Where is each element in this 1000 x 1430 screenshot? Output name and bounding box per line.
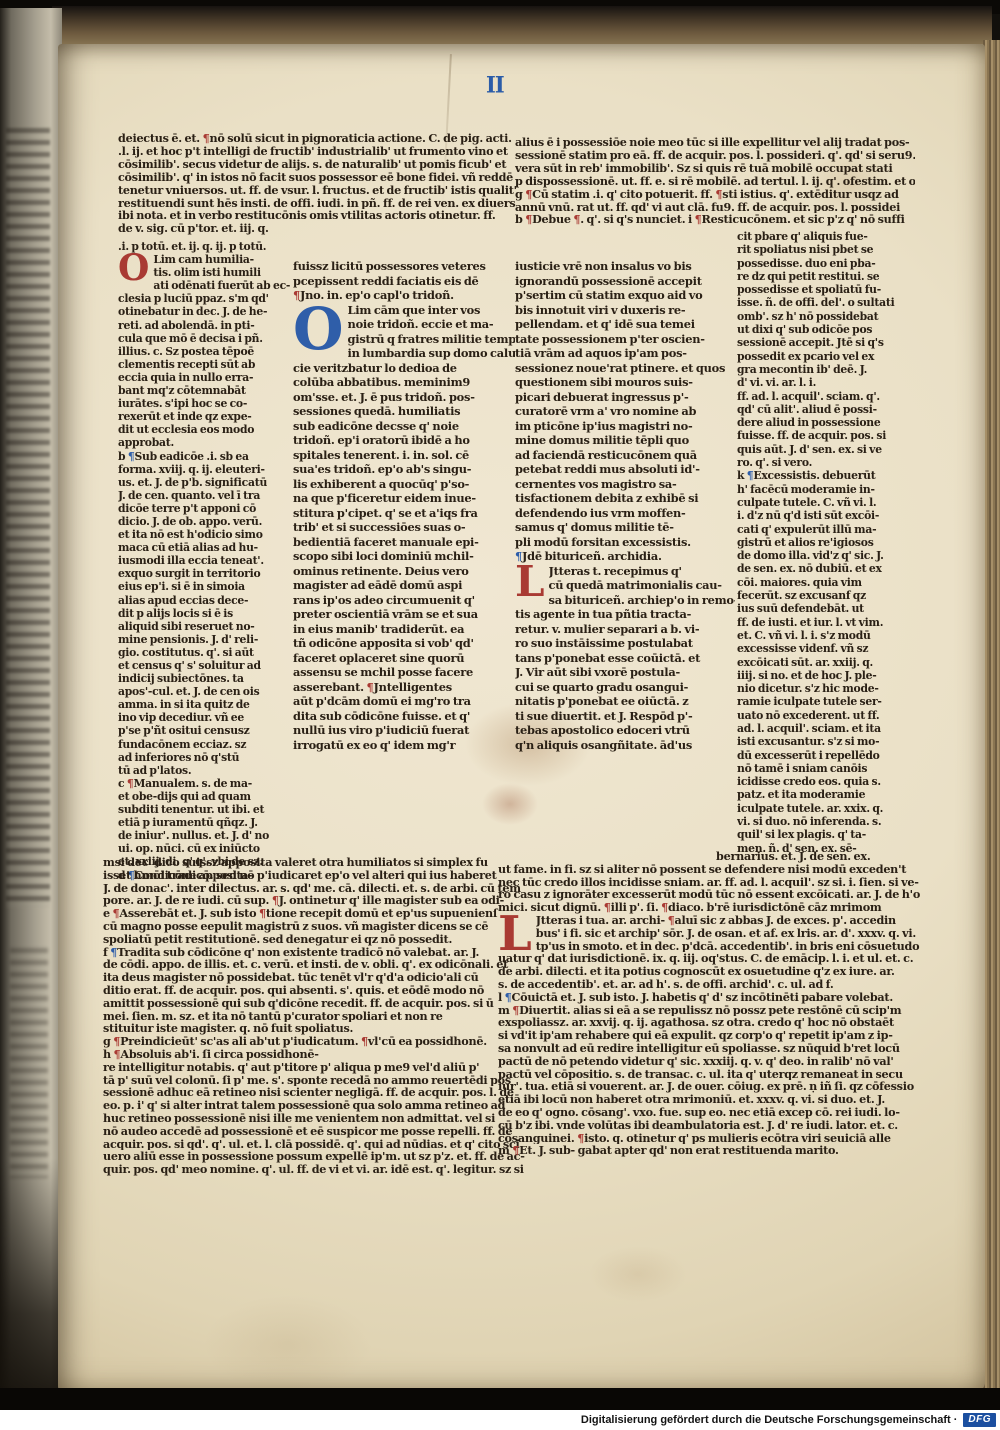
text-line: ad faciendā resticucōnem quā (515, 448, 735, 463)
text-line: sa bituriceñ. archiep'o in remo- (549, 593, 735, 608)
text-line: alias apud eccias dece- (118, 594, 294, 607)
text-line: stitura p'cipet. q' se et a'iqs fra (293, 506, 515, 521)
text-line: indicij subiectōnes. ta (118, 672, 294, 685)
hanging-line: bernarius. et. J. de sen. ex. (716, 850, 922, 863)
text-line: tiā vrām ad aquos ip'am pos- (515, 346, 735, 361)
text-line: cernentes vos magistro sa- (515, 477, 735, 492)
text-line: e ¶Asserebāt et. J. sub isto ¶tione rece… (103, 907, 527, 920)
text-line: isti excusantur. s'z si mo- (737, 735, 909, 748)
text-line: cit pbare q' aliquis fue- (737, 230, 909, 243)
text-line: nec tūc credo illos incidisse sniam. ar.… (498, 876, 922, 889)
text-line: icidisse credo eos. quia s. (737, 775, 909, 788)
text-line: m ¶Et. J. sub- gabat apter qd' non erat … (498, 1144, 922, 1157)
text-line: ad inferiores nō q'stū (118, 751, 294, 764)
text-line: defendendo ius vrm moffen- (515, 506, 735, 521)
text-line: h' facēcū moderamie in- (737, 483, 909, 496)
text-line: ditio erat. ff. de acquir. pos. qui abse… (103, 984, 527, 997)
text-line: iusticie vrē non insalus vo bis (515, 259, 735, 274)
text-line: g ¶Preindicieūt' sc'as ali ab'ut p'iudic… (103, 1035, 527, 1048)
text-line: bant mq'z cōtemnabāt (118, 384, 294, 397)
text-block-top-right: alius ē i possessiōe noie meo tūc si ill… (515, 136, 915, 234)
text-line: tā p' suū vel colonū. ſi p' me. s'. spon… (103, 1074, 527, 1087)
text-line: magister ad eādē domū aspi (293, 578, 515, 593)
text-column-2: fuissz licitū possessores veterespcepiss… (293, 259, 515, 899)
text-line: dit ut ecclesia eos modo (118, 423, 294, 436)
text-line: tis. olim isti humili (153, 266, 294, 279)
text-line: omb'. sz h' nō possidebat (737, 310, 909, 323)
text-line: ro casu z ignorāter excesserūt modū tūc … (498, 888, 922, 901)
text-line: om'sse. et. J. ē pus tridoñ. pos- (293, 390, 515, 405)
text-line: Lim cam humilia- (153, 253, 294, 266)
text-line: picari debuerat ingressus p'- (515, 390, 735, 405)
text-line: irrogatū ex eo q' idem mg'r (293, 738, 515, 753)
text-line: possedisse. duo eni pba- (737, 257, 909, 270)
text-line: ff. de iusti. et iur. l. vt vim. (737, 616, 909, 629)
text-line: cōi. maiores. quia vim (737, 576, 909, 589)
text-line: exspoliassz. ar. xxvij. q. ij. agathosa.… (498, 1016, 922, 1029)
text-line: tans p'ponebat esse coūictā. et (515, 651, 735, 666)
text-line: sub eadicōne decsse q' noie (293, 419, 515, 434)
text-line: nio dicetur. s'z hic mode- (737, 682, 909, 695)
text-line: bis innotuit viri v duxeris re- (515, 303, 735, 318)
text-line: tisfactionem debita z exhibē si (515, 491, 735, 506)
text-line: spoliatū petit restitutionē. sed denegat… (103, 933, 527, 946)
folio-number: II (486, 71, 504, 97)
column-paragraph: O Lim cam humilia-tis. olim isti humilia… (118, 253, 294, 882)
text-line: fuissz licitū possessores veteres (293, 259, 515, 274)
text-line: .l. ij. et hoc p't intelligi de fructib'… (118, 145, 516, 158)
text-line: isset hmōi tradicō. sed nō p'iudicaret e… (103, 869, 527, 882)
text-line: uero aliū esse in possessione possum exp… (103, 1150, 527, 1163)
text-line: quis aūt. J. d' sen. ex. si ve (737, 443, 909, 456)
text-line: excōicati sūt. ar. xxiij. q. (737, 656, 909, 669)
text-line: lis exhiberent a quocūq' p'so- (293, 477, 515, 492)
text-line: sessiones quedā. humiliatis (293, 404, 515, 419)
text-line: gistrū q fratres militie templi (348, 332, 515, 347)
text-line: scopo sibi loci dominiū mchil- (293, 549, 515, 564)
text-line: qd' cū alit'. aliud ē possi- (737, 403, 909, 416)
text-line: sa nonvult ad eū redire intelligitur eū … (498, 1042, 922, 1055)
text-line: subditi tenentur. ut ibi. et (118, 803, 294, 816)
text-line: mici. sicut dignū. ¶illi p'. ſi. ¶diaco.… (498, 901, 922, 914)
text-line: fuisse. ff. de acquir. pos. si (737, 429, 909, 442)
text-line: gra mecontin ib' deē. J. (737, 363, 909, 376)
text-line: trib' et si successiōes suas o- (293, 520, 515, 535)
text-line: de eo q' ogno. cōsang'. vxo. fue. sup eo… (498, 1106, 922, 1119)
text-line: g ¶Cū statim .i. q' cito potuerit. ff. ¶… (515, 188, 915, 201)
text-line: restituendi sunt hēs insti. de offi. iud… (118, 197, 516, 210)
text-line: s. de accedentib'. et. ar. ad h'. s. de … (498, 978, 922, 991)
text-line: cati q' expulerūt illū ma- (737, 523, 909, 536)
dfg-logo: DFG (963, 1413, 996, 1427)
text-column-1: .i. p totū. et. ij. q. ij. p totū. O Lim… (118, 240, 294, 900)
text-line: ita deus magister nō possidebat. tūc ten… (103, 971, 527, 984)
facing-page-text-blur (10, 948, 48, 1178)
text-line: .i. p totū. et. ij. q. ij. p totū. (118, 240, 294, 253)
text-line: ino vip decediur. vñ ee (118, 711, 294, 724)
text-line: Jtteras t. recepimus q' (549, 564, 735, 579)
text-line: msi dec' dico suissz apposita valeret ot… (103, 856, 527, 869)
text-line: etiā ibi locū non haberet otra mrimoniū.… (498, 1093, 922, 1106)
text-line: assensu se mchil posse facere (293, 665, 515, 680)
text-line: de v. sig. cū p'tor. et. iij. q. (118, 222, 516, 235)
text-line: d' vi. vi. ar. l. i. (737, 376, 909, 389)
text-line: sessionez noue'rat ptinere. et quos (515, 361, 735, 376)
text-line: quir. pos. qd' meo nomine. q'. ul. ff. d… (103, 1163, 527, 1176)
column-head: .i. p totū. et. ij. q. ij. p totū. (118, 240, 294, 253)
digitization-footer: Digitalisierung gefördert durch die Deut… (0, 1410, 1000, 1430)
text-block-top-left: deiectus ē. et. ¶nō solū sicut in pignor… (118, 132, 516, 240)
text-line: i. d'z nū q'd isti sūt excōi- (737, 509, 909, 522)
text-line: im pticōne ip'ius magistri no- (515, 419, 735, 434)
text-line: tenetur vniuersos. ut. ff. de vsur. l. f… (118, 184, 516, 197)
text-line: sessionē accepit. Jtē si q's (737, 336, 909, 349)
text-line: pcepissent reddi faciatis eis dē (293, 274, 515, 289)
text-line: ati odēnati fuerūt ab ec- (153, 279, 294, 292)
text-line: samus q' domus militie tē- (515, 520, 735, 535)
text-line: reti. ad abolendā. in pti- (118, 319, 294, 332)
text-line: c ¶Manualem. s. de ma- (118, 777, 294, 790)
text-line: deiectus ē. et. ¶nō solū sicut in pignor… (118, 132, 516, 145)
text-block-bottom-left: msi dec' dico suissz apposita valeret ot… (103, 856, 527, 1186)
text-line: apos'-cul. et. J. de cen ois (118, 685, 294, 698)
text-line: etiā p iuramentū qñqz. J. (118, 816, 294, 829)
gutter-shadow (0, 1158, 62, 1418)
text-line: ro. q'. si vero. (737, 456, 909, 469)
text-line: mei. ſien. m. sz. et ita nō tantū p'cura… (103, 1010, 527, 1023)
text-line: dū excesserūt i repellēdo (737, 749, 909, 762)
text-line: de iniur'. nullus. et. J. d' no (118, 829, 294, 842)
text-line: b ¶Sub eadicōe .i. sb ea (118, 450, 294, 463)
text-line: tis agente in tua pñtia tracta- (515, 607, 735, 622)
text-line: p'sertim cū statim exquo aid vo (515, 288, 735, 303)
text-line: in eius manib' tradiderūt. ea (293, 622, 515, 637)
text-line: ignorandū possessionē accepit (515, 274, 735, 289)
text-line: rans ip'os adeo circumuenit q' (293, 593, 515, 608)
text-line: cū quedā matrimonialis cau- (549, 578, 735, 593)
text-line: nō audeo accedē ad possessionē et eē sus… (103, 1125, 527, 1138)
text-line: nitatis p'ponebat ee oiūctā. z (515, 694, 735, 709)
text-line: vera sūt in reb' immobilib'. Sz si quis … (515, 162, 915, 175)
text-line: culpate tutele. C. vñ vi. l. (737, 496, 909, 509)
text-line: ius suū defendebāt. ut (737, 602, 909, 615)
text-line: isse. ñ. de offi. del'. o sultati (737, 296, 909, 309)
text-line: dere aliud in possessione (737, 416, 909, 429)
text-line: na que p'ficeretur eidem inue- (293, 491, 515, 506)
text-line: f ¶Tradita sub cōdicōne q' non existente… (103, 946, 527, 959)
text-line: fundacōnem ecciaz. sz (118, 738, 294, 751)
text-line: iiij. si no. et de hoc J. ple- (737, 669, 909, 682)
text-line: sessionē adhuc eā retineo nisi scienter … (103, 1086, 527, 1099)
text-line: de arbi. dilecti. et ita potius cognoscū… (498, 965, 922, 978)
text-line: iurātes. s'ipi hoc se co- (118, 397, 294, 410)
text-line: pore. ar. J. de re iudi. cū sup. ¶J. ont… (103, 894, 527, 907)
scan-bottom-border (0, 1388, 1000, 1410)
lombard-initial-O-red: O (118, 254, 149, 280)
text-line: alius ē i possessiōe noie meo tūc si ill… (515, 136, 915, 149)
column-paragraph: O Lim cām que inter vosnoie tridoñ. ecci… (293, 303, 515, 753)
text-line: l ¶Cōuictā et. J. sub isto. J. habetis q… (498, 991, 922, 1004)
text-line: illius. c. Sz postea tēpoē (118, 345, 294, 358)
text-line: uato nō excederent. ut ff. (737, 709, 909, 722)
text-line: amittit possessionē qui sub q'dicōne rec… (103, 997, 527, 1010)
text-line: si vd'it ip'am rehabere qui eā expulit. … (498, 1029, 922, 1042)
text-line: et ita nō est h'odicio simo (118, 528, 294, 541)
text-line: J. de donac'. inter dilectus. ar. s. qd'… (103, 882, 527, 895)
text-line: otinebatur in dec. J. de he- (118, 305, 294, 318)
text-line: de cōdi. appo. de illis. et. c. verū. et… (103, 958, 527, 971)
text-line: ibi nota. et in verbo restitucōnis omis … (118, 209, 516, 222)
text-line: mine pensionis. J. d' reli- (118, 633, 294, 646)
text-line: ui. op. nūci. cū ex iniūcto (118, 842, 294, 855)
text-line: exquo surgit in territorio (118, 567, 294, 580)
text-line: questionem sibi mouros suis- (515, 375, 735, 390)
text-line: tate possessionem p'ter oscien- (515, 332, 735, 347)
text-line: cula que mō ē decisa i pñ. (118, 332, 294, 345)
text-line: cū magno posse eepulit magistrū z suos. … (103, 920, 527, 933)
column-head: fuissz licitū possessores veterespcepiss… (293, 259, 515, 303)
text-line: pellendam. et q' idē sua temei (515, 317, 735, 332)
text-line: cōsimilib'. q' in istos nō facit suos po… (118, 171, 516, 184)
text-line: q'n aliquis osangñitate. ād'us (515, 738, 735, 753)
text-line: tū ad p'latos. (118, 764, 294, 777)
text-line: amma. in si ita quitz de (118, 698, 294, 711)
text-line: in lumbardia sup domo caluē- (348, 346, 515, 361)
text-line: bedientiā faceret manuale epi- (293, 535, 515, 550)
column-paragraph: L Jtteras t. recepimus q'cū quedā matrim… (515, 564, 735, 753)
text-line: et. C. vñ vi. l. i. s'z modū (737, 629, 909, 642)
text-line: huc retineo possessionē nisi ille me ven… (103, 1112, 527, 1125)
text-line: dit p alijs locis si ē is (118, 607, 294, 620)
text-line: Lim cām que inter vos (348, 303, 515, 318)
text-line: cui se quarto gradu osangui- (515, 680, 735, 695)
text-line: ad. l. acquil'. sciam. et ita (737, 722, 909, 735)
text-line: b ¶Debue ¶. q'. si q's nunciet. i ¶Resti… (515, 213, 915, 226)
text-line: m ¶Diuertit. alias si eā a se repulissz … (498, 1004, 922, 1017)
text-line: sessionē statim pro eā. ff. de acquir. p… (515, 149, 915, 162)
text-line: re intelligitur notabis. q' aut p'titore… (103, 1061, 527, 1074)
facing-page-text-blur (6, 128, 50, 908)
text-line: bus' i fi. sic et archip' sōr. J. de osa… (536, 927, 922, 940)
text-line: ff. ad. l. acquil'. sciam. q'. (737, 390, 909, 403)
text-line: us. et. J. de p'b. significatū (118, 476, 294, 489)
manuscript-page: II deiectus ē. et. ¶nō solū sicut in pig… (58, 44, 985, 1392)
facing-page-gutter (0, 8, 62, 1400)
text-line: de sen. ex. nō dubiū. et ex (737, 562, 909, 575)
text-line: approbat. (118, 436, 294, 449)
text-line: tridoñ. ep'i oratorū ibidē a ho (293, 433, 515, 448)
text-line: tñ odicōne apposita si vob' qd' (293, 636, 515, 651)
text-line: ramie iculpate tutele ser- (737, 695, 909, 708)
text-line: clesia p luciū ppaz. s'm qd' (118, 292, 294, 305)
text-line: dicōe terre p't apponi cō (118, 502, 294, 515)
text-line: preter oscientiā vrām se et sua (293, 607, 515, 622)
text-line: pli modū forsitan excessistis. (515, 535, 735, 550)
text-line: iusmodi illa eccia teneat'. (118, 554, 294, 567)
text-line: J. Vir aūt sibi vxorē postula- (515, 665, 735, 680)
text-line: J. de cen. quanto. vel ī tra (118, 489, 294, 502)
text-line: et census q' s' soluitur ad (118, 659, 294, 672)
text-line: cie veritzbatur lo dedioa de (293, 361, 515, 376)
text-line: colūba abbatibus. meminim9 (293, 375, 515, 390)
lombard-initial-L-red: L (498, 915, 532, 942)
text-line: cōsanguinei. ¶isto. q. otinetur q' ps mu… (498, 1132, 922, 1145)
text-line: tp'us in smoto. et in dec. p'dcā. accede… (536, 940, 922, 953)
text-line: gio. costitutus. q'. si aūt (118, 646, 294, 659)
text-line: forma. xviij. q. ij. eleuteri- (118, 463, 294, 476)
text-line: rit spoliatus nisi pbet se (737, 243, 909, 256)
text-line: ro suo instāissime postulabat (515, 636, 735, 651)
text-line: vi. si duo. nō inferenda. s. (737, 815, 909, 828)
text-line: pactū vel cōpositio. s. de transac. c. u… (498, 1068, 922, 1081)
text-line: rexerūt et inde qz expe- (118, 410, 294, 423)
text-line: k ¶Excessistis. debuerūt (737, 469, 909, 482)
text-line: dita sub cōdicōne fuisse. et q' (293, 709, 515, 724)
text-column-4: cit pbare q' aliquis fue-rit spoliatus n… (737, 230, 909, 898)
text-line: Jtteras i tua. ar. archi- ¶aluī sic z ab… (536, 914, 922, 927)
text-line: petebat reddi mus absoluti id'- (515, 462, 735, 477)
text-line: ut dixi q' sub odicōe pos (737, 323, 909, 336)
text-line: ominus retinente. Deius vero (293, 564, 515, 579)
text-line: cū b'z ibi. vnde volūtas ibi deambulator… (498, 1119, 922, 1132)
text-line: ut fame. in fi. sz si aliter nō possent … (498, 863, 922, 876)
text-line: dicio. J. de ob. appo. verū. (118, 515, 294, 528)
text-line: eo. p. i' q' si alter intrat talem posse… (103, 1099, 527, 1112)
text-line: ti sue diuertit. et J. Respōd p'- (515, 709, 735, 724)
text-line: p dispossessionē. ut. ff. e. si rē mobil… (515, 175, 915, 188)
text-line: uatur q' dat iurisdictionē. ix. q. iij. … (498, 952, 922, 965)
text-line: gistrū et alios re'igiosos (737, 536, 909, 549)
text-line: maca cū etiā alias ad hu- (118, 541, 294, 554)
text-line: clementis recepti sūt ab (118, 358, 294, 371)
footer-credit-text: Digitalisierung gefördert durch die Deut… (581, 1414, 958, 1426)
text-line: aliquid sibi reseruet no- (118, 620, 294, 633)
text-line: nō tamē i sniam canōis (737, 762, 909, 775)
text-line: aūt p'dcām domū ei mg'ro tra (293, 694, 515, 709)
text-line: iculpate tutele. ar. xxix. q. (737, 802, 909, 815)
text-line: possedisse et spoliatū fu- (737, 283, 909, 296)
text-line: possedit ex pcario vel ex (737, 350, 909, 363)
text-line: eccia quia in nullo erra- (118, 371, 294, 384)
text-line: et obe-dijs qui ad quam (118, 790, 294, 803)
text-line: spitales tenerent. i. in. sol. cē (293, 448, 515, 463)
text-line: sua'es tridoñ. ep'o ab's singu- (293, 462, 515, 477)
rubric-line: ¶Jdē bituriceñ. archidia. (515, 549, 735, 564)
text-line: annū vnū. rat ut. ff. qd' vi aut clā. fu… (515, 201, 915, 214)
text-line: noie tridoñ. eccie et ma- (348, 317, 515, 332)
text-line: curatorē vrm a' vro nomine ab (515, 404, 735, 419)
text-column-3: iusticie vrē non insalus vo bisignorandū… (515, 259, 735, 899)
text-line: faceret oplaceret sine quorū (293, 651, 515, 666)
text-line: patz. et ita moderamie (737, 788, 909, 801)
text-line: asserebant. ¶Jntelligentes (293, 680, 515, 695)
text-line: h ¶Absoluis ab'i. ſi circa possidhonē- (103, 1048, 527, 1061)
text-line: retur. v. mulier separari a b. vi- (515, 622, 735, 637)
text-line: tebas apostolico edoceri vtrū (515, 723, 735, 738)
text-block-bottom-right: bernarius. et. J. de sen. ex. ut fame. i… (498, 850, 922, 1185)
text-line: stituitur iste magister. q. nō fuit spol… (103, 1022, 527, 1035)
text-line: pactū de nō petendo videtur q' sic. xxxi… (498, 1055, 922, 1068)
text-line: excessisse videnf. vñ sz (737, 642, 909, 655)
page-stack-edge (983, 40, 1000, 1400)
text-line: re dz qui petit restitui. se (737, 270, 909, 283)
text-line: ¶Jno. in. ep'o capl'o tridoñ. (293, 288, 515, 303)
column-paragraph: L Jtteras i tua. ar. archi- ¶aluī sic z … (498, 914, 922, 1157)
text-line: quil' si lex plagis. q' ta- (737, 828, 909, 841)
text-line: mine domus militie tēpli quo (515, 433, 735, 448)
text-line: acquir. pos. si qd'. q'. ul. et. l. clā … (103, 1138, 527, 1151)
text-line: p'se p'ñt ositui censusz (118, 724, 294, 737)
text-line: fecerūt. sz excusanf qz (737, 589, 909, 602)
scanned-book-page: II deiectus ē. et. ¶nō solū sicut in pig… (0, 0, 1000, 1430)
text-line: eius ep'i. si ē in simoia (118, 580, 294, 593)
text-line: iur'. tua. etiā si vouerent. ar. J. de o… (498, 1080, 922, 1093)
text-line: cōsimilib'. secus videtur de alijs. s. d… (118, 158, 516, 171)
text-line: de domo illa. vid'z q' sic. J. (737, 549, 909, 562)
lombard-initial-O-blue: O (293, 306, 344, 348)
text-line: nullū ius viro p'iudiciū fuerat (293, 723, 515, 738)
lombard-initial-L-red: L (515, 565, 545, 595)
